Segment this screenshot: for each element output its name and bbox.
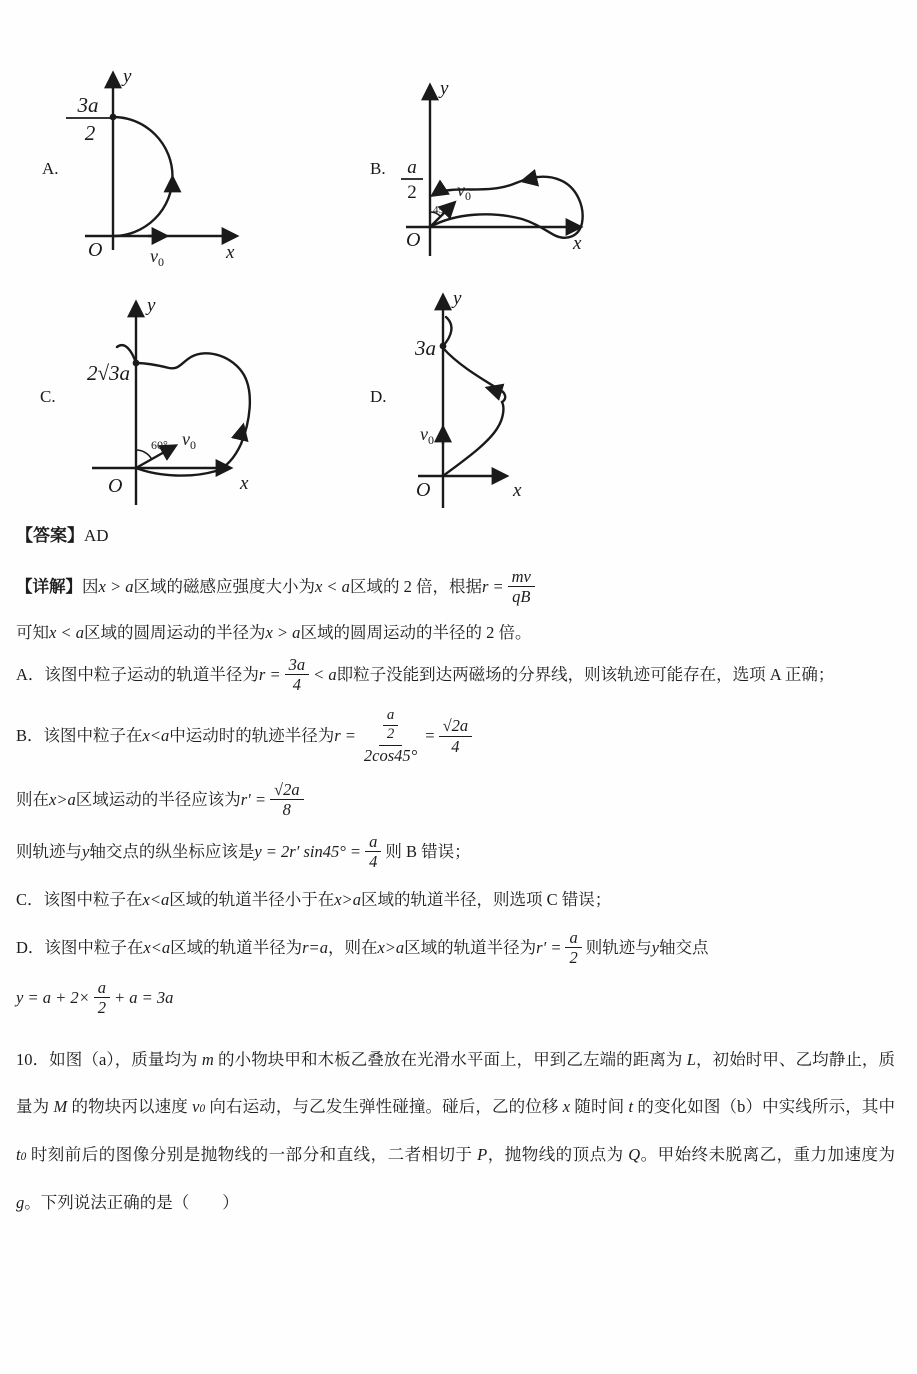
d-x-axis-label: x	[512, 480, 522, 501]
a-fraction-numerator: 3a	[77, 93, 99, 117]
option-b-label: B.	[370, 159, 386, 178]
b-fraction-denominator: 2	[407, 182, 417, 203]
d-v0-label: v0	[420, 424, 434, 447]
a-origin-label: O	[88, 239, 102, 261]
a-trajectory-path	[113, 117, 173, 236]
b-v0-label: v0	[457, 180, 471, 203]
d-intercept-label: 3a	[414, 336, 436, 360]
b-origin-label: O	[406, 229, 420, 251]
solution-text-block: 【答案】AD 【详解】因 x > a 区域的磁感应强度大小为 x < a 区域的…	[16, 524, 895, 1227]
figure-option-a: A. y x O 3a 2 v0	[30, 50, 310, 280]
c-x-axis-label: x	[239, 473, 249, 494]
figure-option-d: D. y x O 3a v0	[360, 280, 590, 515]
option-c-label: C.	[40, 387, 56, 406]
c-v0-label: v0	[182, 429, 196, 452]
c-angle-arc	[136, 450, 152, 459]
option-d-label: D.	[370, 387, 387, 406]
b-y-axis-label: y	[438, 78, 449, 99]
solution-line-b2: 则在 x>a 区域运动的半径应该为 r′ = √2a8	[16, 778, 895, 822]
solution-line-a: A．该图中粒子运动的轨道半径为 r = 3a4 < a 即粒子没能到达两磁场的分…	[16, 653, 895, 697]
answer-line: 【答案】AD	[16, 524, 895, 549]
b-trajectory-path	[430, 177, 583, 238]
figure-option-b: B. y x O a 2 45° v0	[360, 70, 630, 270]
solution-line-d: D．该图中粒子在 x<a 区域的轨道半径为 r=a，则在 x>a 区域的轨道半径…	[16, 926, 895, 970]
solution-line-b3: 则轨迹与 y 轴交点的纵坐标应该是 y = 2r′ sin45° = a4 则 …	[16, 830, 895, 874]
a-v0-label: v0	[150, 246, 164, 269]
solution-line-2: 可知 x < a 区域的圆周运动的半径为 x > a 区域的圆周运动的半径的 2…	[16, 621, 895, 645]
solution-line-b: B．该图中粒子在 x<a 中运动时的轨迹半径为 r = a22cos45° = …	[16, 704, 895, 768]
solution-line-1: 【详解】因 x > a 区域的磁感应强度大小为 x < a 区域的 2 倍，根据…	[16, 565, 895, 609]
a-x-axis-label: x	[225, 242, 235, 263]
d-trajectory-path	[443, 348, 505, 476]
option-a-label: A.	[42, 159, 59, 178]
document-page: A. y x O 3a 2 v0 B. y x O a 2 45° v0 C.	[0, 0, 917, 1374]
d-trajectory-hook	[443, 317, 451, 346]
figure-option-c: C. y x O 2√3a 60° v0	[30, 285, 320, 520]
solution-line-d2: y = a + 2×a2+ a = 3a	[16, 976, 895, 1020]
answer-value: AD	[84, 524, 109, 549]
a-y-axis-label: y	[121, 66, 132, 87]
a-intercept-dot	[110, 114, 117, 121]
c-y-axis-label: y	[145, 295, 156, 316]
answer-label: 【答案】	[16, 524, 84, 549]
d-origin-label: O	[416, 479, 430, 501]
b-fraction-numerator: a	[407, 157, 417, 178]
question-10-text: 10．如图（a），质量均为 m 的小物块甲和木板乙叠放在光滑水平面上，甲到乙左端…	[16, 1036, 895, 1227]
c-intercept-label: 2√3a	[87, 361, 130, 385]
c-angle-label: 60°	[151, 438, 168, 452]
c-origin-label: O	[108, 475, 122, 497]
solution-line-c: C．该图中粒子在 x<a 区域的轨道半径小于在 x>a 区域的轨道半径，则选项 …	[16, 888, 895, 912]
d-y-axis-label: y	[451, 288, 462, 309]
a-fraction-denominator: 2	[85, 121, 96, 145]
